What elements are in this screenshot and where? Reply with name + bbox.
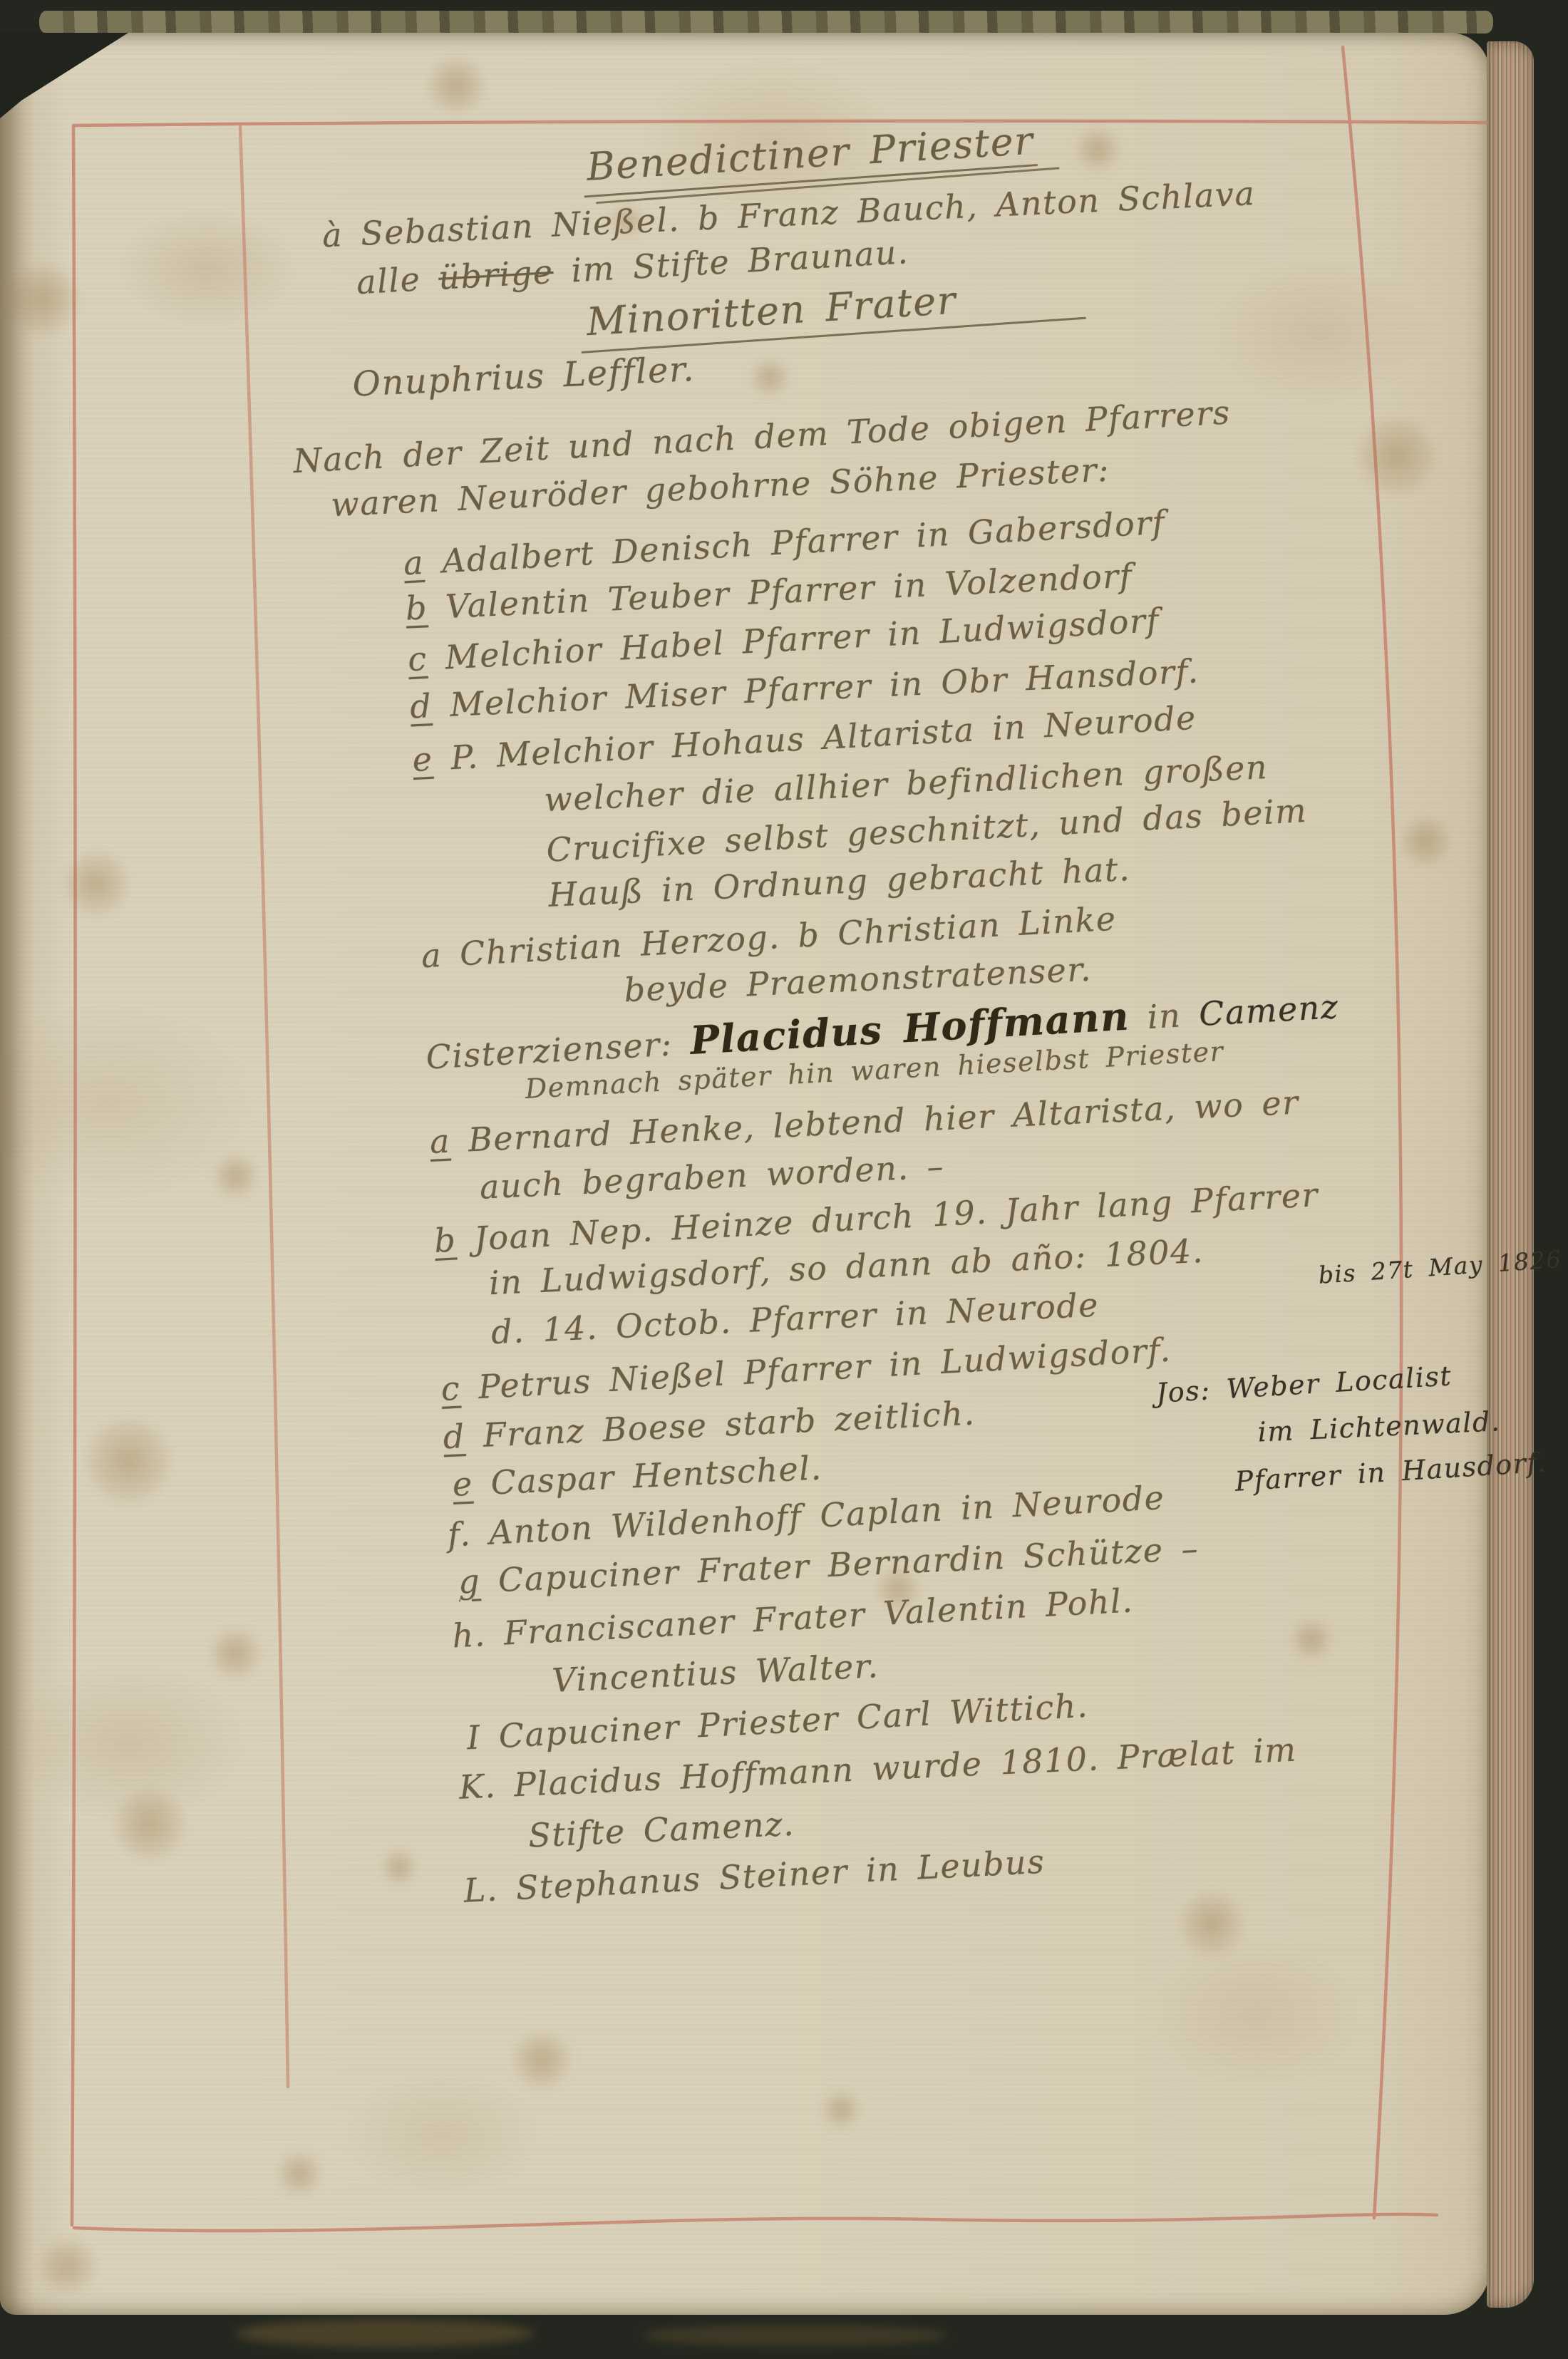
text-segment-letter: g — [458, 1562, 481, 1601]
header-minoritten-frater: Minoritten Frater — [585, 278, 958, 354]
text-segment-letter: d — [443, 1417, 466, 1456]
foxing-spot — [64, 852, 128, 916]
line-stifte-camenz: Stifte Camenz. — [527, 1805, 795, 1856]
list-item-e-caspar-hentschel: e Caspar Hentschel. — [452, 1448, 823, 1504]
foxing-spot — [1358, 417, 1436, 495]
line-onuphrius-leffler: Onuphrius Leffler. — [351, 349, 696, 406]
foxing-spot — [1401, 816, 1450, 866]
margin-note-1826: bis 27t May 1826 wo er starb. — [1318, 1233, 1568, 1289]
text-segment-main: in — [1128, 995, 1200, 1037]
foxing-spot — [1180, 1892, 1244, 1956]
margin-note-lichtenwald: im Lichtenwald. — [1257, 1405, 1502, 1449]
book-scan: { "manuscript": { "lines": [ {"segments"… — [0, 0, 1568, 2359]
text-segment-dark: Camenz — [1198, 987, 1340, 1033]
foxing-spot — [822, 2091, 860, 2128]
handwriting-layer: Benedictiner Priesterà Sebastian Nießel.… — [279, 100, 1565, 1971]
binding-debris — [235, 2319, 535, 2348]
foxing-spot — [877, 1568, 919, 1611]
text-segment-letter: a — [403, 543, 425, 582]
foxing-spot — [39, 2238, 96, 2295]
text-segment-letter: b — [405, 588, 428, 627]
text-segment-letter: d — [409, 686, 433, 726]
text-segment-dark: Jos: Weber Localist — [1155, 1360, 1453, 1409]
foxing-spot — [86, 1418, 171, 1504]
text-segment-letter: b — [433, 1220, 458, 1260]
foxing-spot — [513, 2031, 570, 2088]
foxing-spot — [428, 57, 485, 114]
text-segment-dark: im Lichtenwald. — [1257, 1405, 1502, 1447]
foxing-spot — [114, 1789, 185, 1860]
binding-debris — [641, 2325, 948, 2346]
foxing-spot — [382, 1850, 416, 1884]
text-segment-letter: c — [440, 1369, 461, 1408]
line-vincentius-walter: Vincentius Walter. — [551, 1646, 880, 1700]
text-segment-main: Stifte Camenz. — [527, 1805, 795, 1855]
margin-note-hausdorf: Pfarrer in Hausdorf. — [1234, 1446, 1547, 1498]
foxing-spot — [7, 264, 78, 335]
text-segment-main: alle — [356, 259, 440, 301]
text-segment-letter: e — [411, 740, 434, 779]
page-block-deckle-edge — [39, 11, 1493, 33]
text-segment-letter: c — [407, 639, 428, 678]
foxing-spot — [612, 205, 643, 237]
foxing-spot — [751, 359, 788, 396]
foxing-spot — [278, 2152, 321, 2195]
text-segment-dark: Pfarrer in Hausdorf. — [1234, 1446, 1547, 1497]
foxing-spot — [1291, 1619, 1331, 1659]
text-segment-main: Caspar Hentschel. — [472, 1448, 822, 1502]
foxing-spot — [1076, 128, 1119, 171]
foxing-spot — [214, 1155, 257, 1197]
foxing-spot — [210, 1628, 260, 1678]
text-segment-dark: bis 27t May 1826 wo er starb. — [1318, 1233, 1568, 1289]
margin-note-jos-weber: Jos: Weber Localist — [1155, 1360, 1453, 1410]
text-segment-letter: a — [429, 1122, 451, 1161]
text-segment-strike: übrige — [438, 252, 555, 297]
text-segment-main: Vincentius Walter. — [551, 1646, 880, 1700]
text-segment-main: Onuphrius Leffler. — [351, 349, 695, 405]
text-segment-letter: e — [452, 1465, 474, 1504]
